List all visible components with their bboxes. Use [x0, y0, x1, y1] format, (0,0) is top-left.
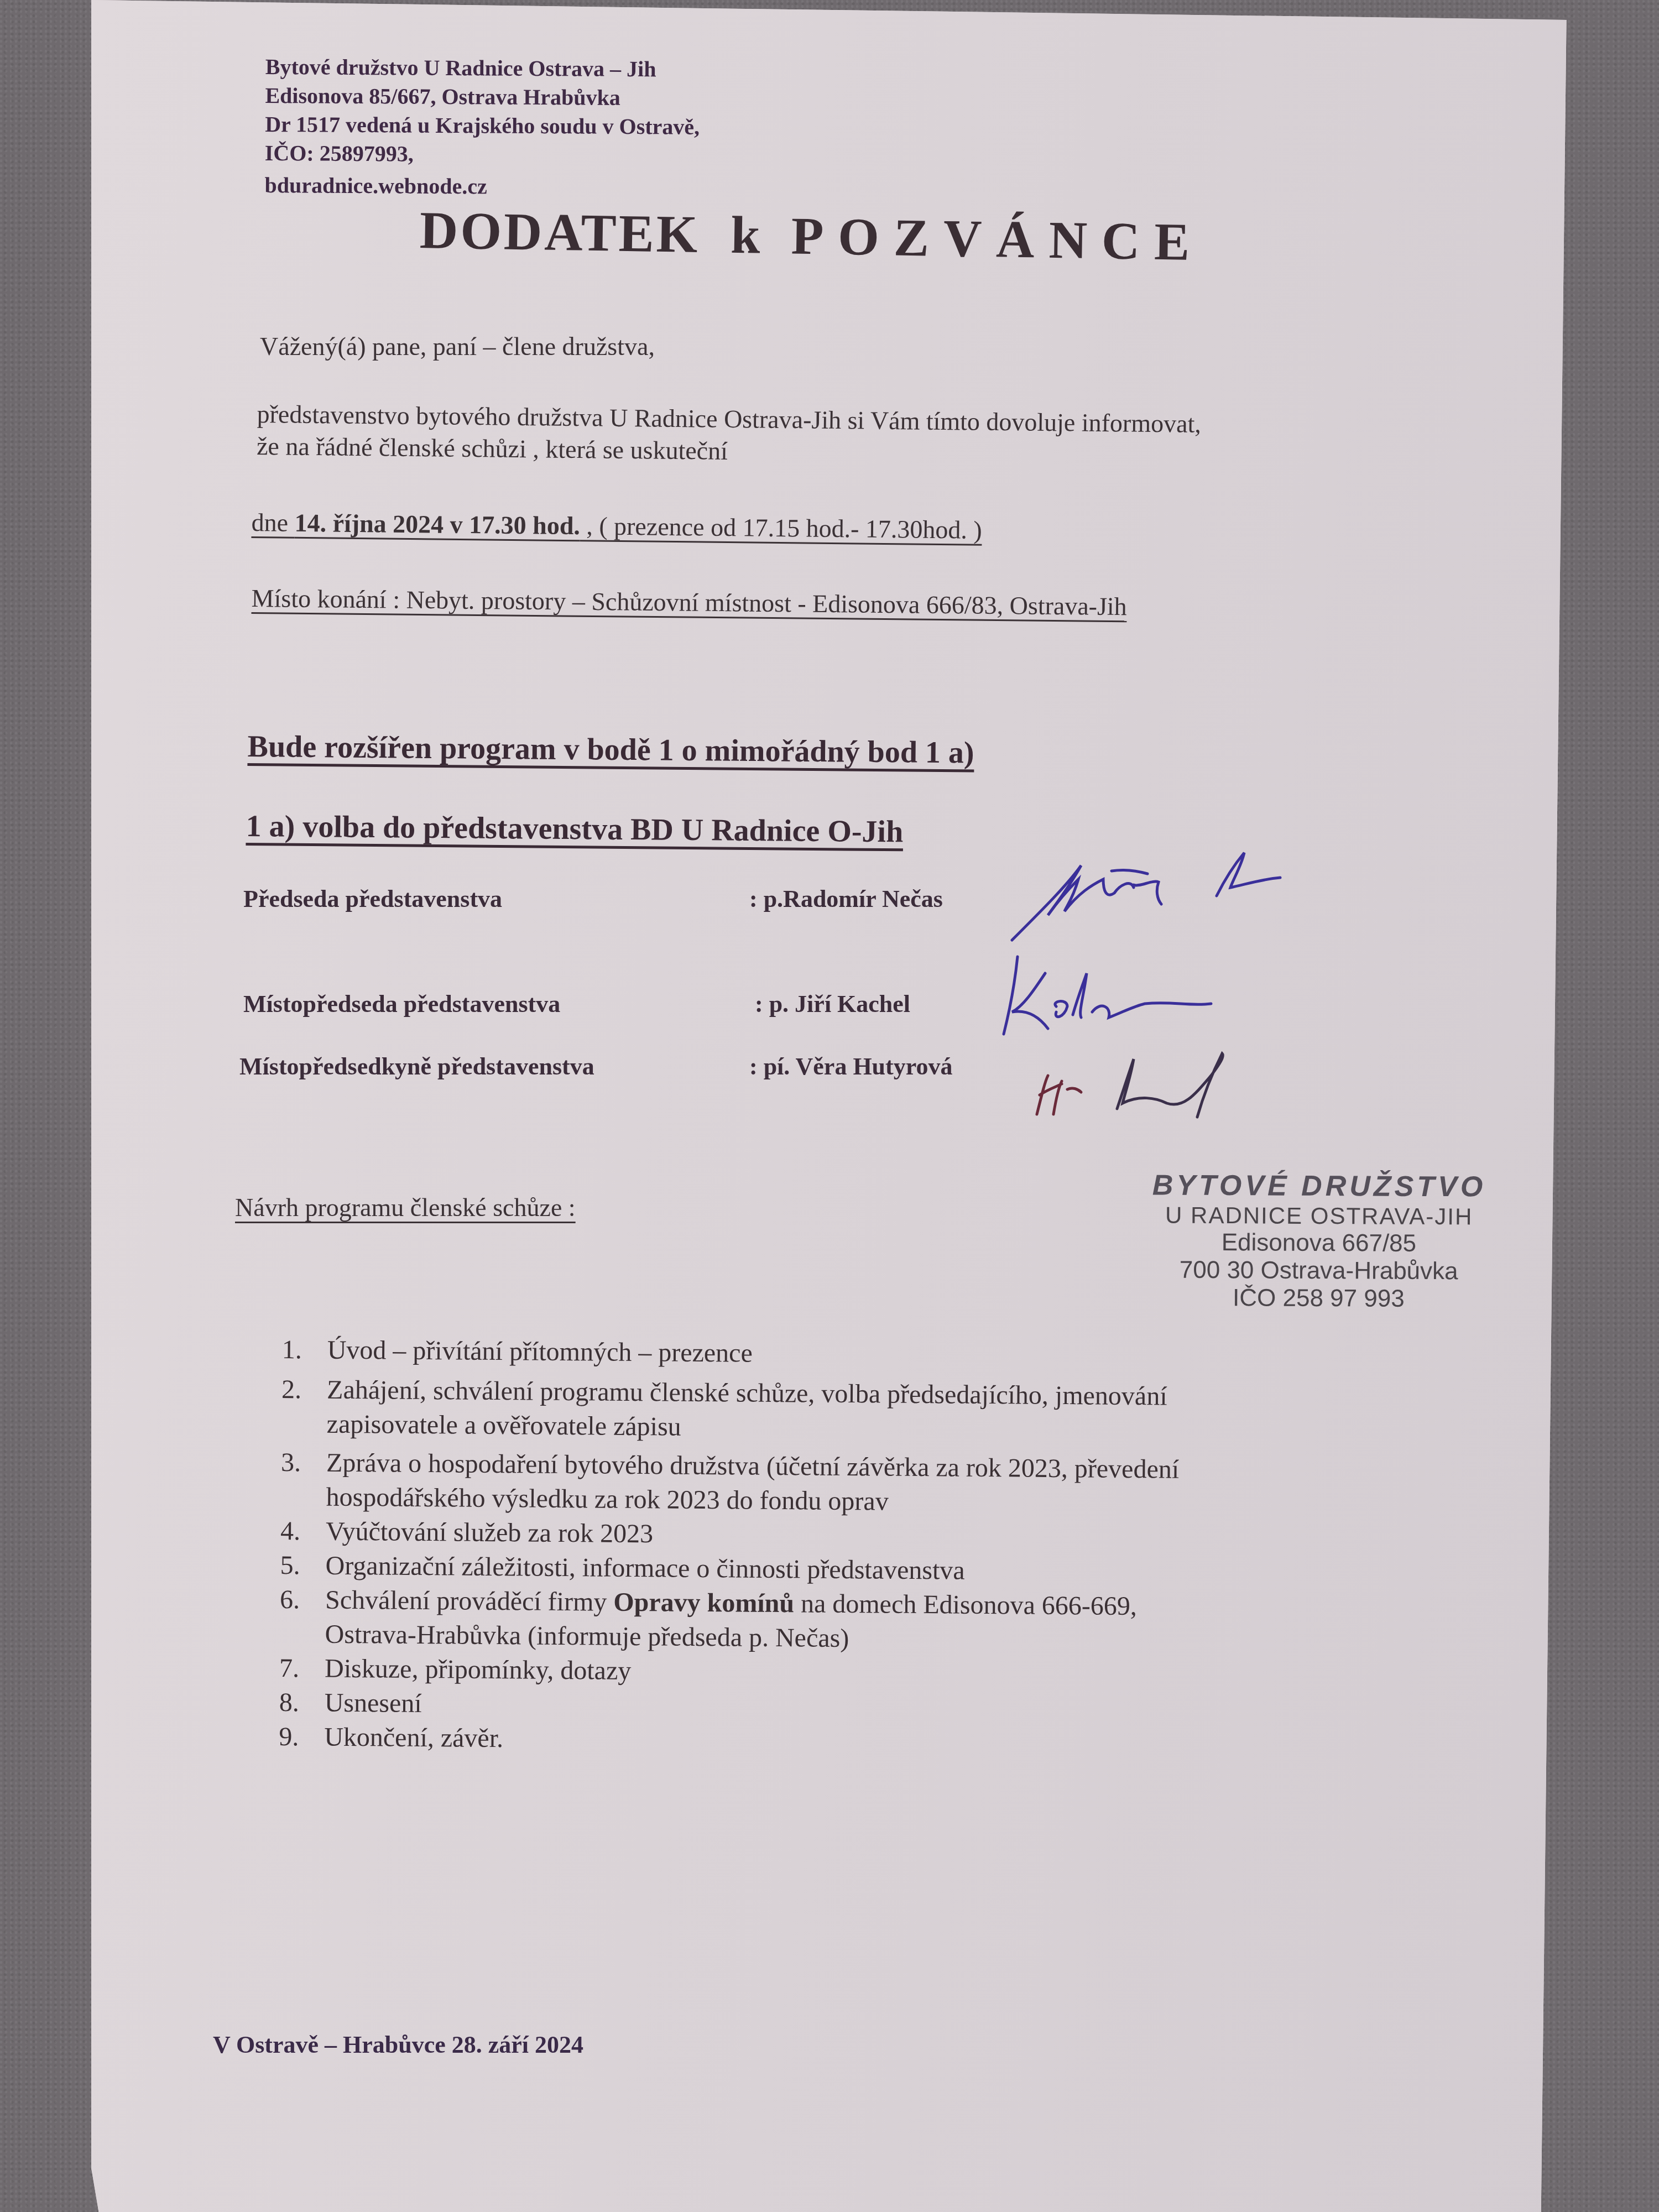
agenda-item: 2.Zahájení, schválení programu členské s…	[281, 1373, 1498, 1451]
agenda-text: Usnesení	[324, 1686, 421, 1721]
stamp-line-1: BYTOVÉ DRUŽSTVO	[1125, 1168, 1512, 1204]
agenda-number: 4.	[280, 1514, 326, 1549]
intro-paragraph: představenstvo bytového družstva U Radni…	[257, 398, 1201, 472]
company-name: Opravy komínů	[613, 1588, 794, 1619]
board-name-vice-chairman: : p. Jiří Kachel	[755, 990, 910, 1018]
presence-time: , ( prezence od 17.15 hod.- 17.30hod. )	[580, 512, 982, 544]
stamp-line-5: IČO 258 97 993	[1125, 1284, 1512, 1313]
agenda-text: Organizační záležitosti, informace o čin…	[325, 1549, 964, 1588]
board-role-chairman: Předseda představenstva	[243, 885, 502, 913]
stamp-line-3: Edisonova 667/85	[1125, 1228, 1512, 1258]
agenda-text: Diskuze, připomínky, dotazy	[325, 1652, 632, 1688]
org-website: bduradnice.webnode.cz	[264, 171, 699, 202]
document-title: DODATEK k POZVÁNCE	[419, 199, 1204, 273]
agenda-number: 1.	[282, 1333, 327, 1368]
org-ico: IČO: 25897993,	[265, 139, 700, 170]
org-address: Edisonova 85/667, Ostrava Hrabůvka	[265, 81, 700, 113]
agenda-number: 3.	[280, 1446, 326, 1515]
agenda-text-part: Schválení prováděcí firmy	[325, 1585, 614, 1617]
signature-chairman	[1001, 846, 1366, 957]
greeting: Vážený(á) pane, paní – člene družstva,	[260, 332, 655, 361]
program-heading: Návrh programu členské schůze :	[235, 1193, 576, 1222]
title-part-1: DODATEK	[419, 200, 700, 264]
agenda-item: 6.Schválení prováděcí firmy Opravy komín…	[279, 1583, 1496, 1661]
agenda-number: 5.	[280, 1548, 325, 1583]
signature-vice-chairwoman	[1029, 1042, 1294, 1125]
board-role-vice-chairman: Místopředseda představenstva	[243, 990, 560, 1018]
signature-vice-chairman	[995, 951, 1338, 1045]
agenda-number: 6.	[279, 1583, 325, 1652]
stamp-line-2: U RADNICE OSTRAVA-JIH	[1125, 1202, 1512, 1230]
agenda-number: 7.	[279, 1651, 325, 1686]
agenda-number: 9.	[279, 1720, 324, 1755]
agenda-item: 3.Zpráva o hospodaření bytového družstva…	[280, 1446, 1498, 1524]
cooperative-stamp: BYTOVÉ DRUŽSTVO U RADNICE OSTRAVA-JIH Ed…	[1125, 1168, 1512, 1313]
program-extension-heading: Bude rozšířen program v bodě 1 o mimořád…	[247, 729, 974, 770]
agenda-list: 1.Úvod – přivítání přítomných – prezence…	[279, 1333, 1499, 1764]
place-and-date: V Ostravě – Hrabůvce 28. září 2024	[213, 2031, 583, 2059]
board-role-vice-chairwoman: Místopředsedkyně představenstva	[239, 1052, 594, 1081]
agenda-number: 8.	[279, 1686, 325, 1720]
agenda-text: Ukončení, závěr.	[324, 1720, 503, 1756]
letterhead: Bytové družstvo U Radnice Ostrava – Jih …	[264, 53, 700, 202]
org-registry: Dr 1517 vedená u Krajského soudu v Ostra…	[265, 110, 700, 142]
title-part-3: POZVÁNCE	[791, 206, 1204, 272]
agenda-text: Úvod – přivítání přítomných – prezence	[327, 1333, 753, 1371]
board-name-vice-chairwoman: : pí. Věra Hutyrová	[749, 1052, 952, 1081]
board-name-chairman: : p.Radomír Nečas	[749, 885, 943, 913]
agenda-text: Schválení prováděcí firmy Opravy komínů …	[325, 1583, 1137, 1658]
org-name: Bytové družstvo U Radnice Ostrava – Jih	[265, 53, 700, 84]
agenda-number: 2.	[281, 1373, 327, 1442]
date-prefix: dne	[251, 508, 294, 537]
election-heading: 1 a) volba do představenstva BD U Radnic…	[246, 808, 903, 849]
stamp-line-4: 700 30 Ostrava-Hrabůvka	[1125, 1256, 1512, 1286]
date-time: 14. října 2024 v 17.30 hod.	[294, 509, 580, 540]
agenda-text: Zahájení, schválení programu členské sch…	[326, 1373, 1167, 1448]
title-part-2: k	[730, 205, 760, 265]
agenda-text: Vyúčtování služeb za rok 2023	[326, 1515, 653, 1552]
agenda-text: Zpráva o hospodaření bytového družstva (…	[326, 1446, 1179, 1521]
